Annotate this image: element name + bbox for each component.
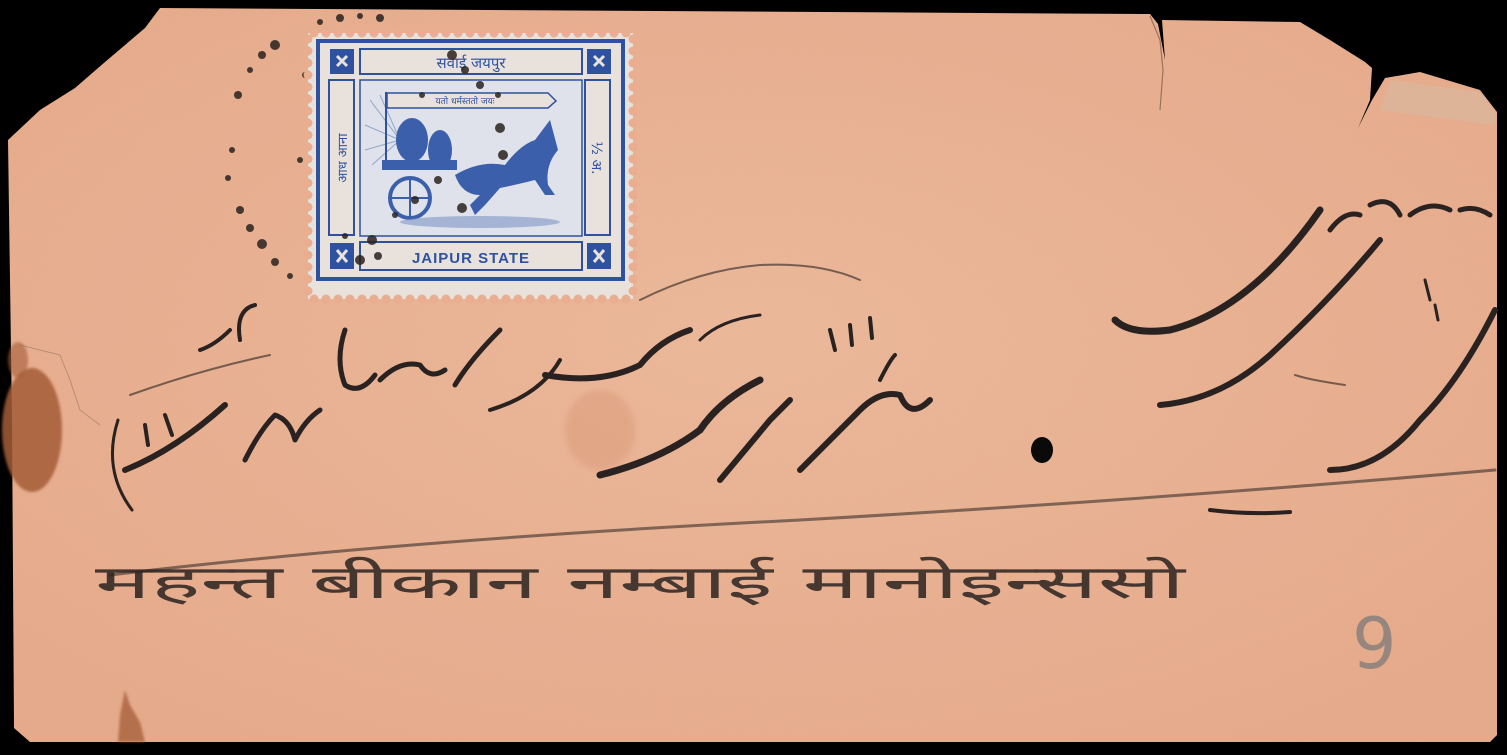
cover-photo: सवाई जयपुर JAIPUR STATE यतो धर्मस्ततो जय… <box>0 0 1507 755</box>
brown-stain <box>2 368 62 492</box>
postage-stamp: सवाई जयपुर JAIPUR STATE यतो धर्मस्ततो जय… <box>304 29 638 304</box>
stamp-top-label: सवाई जयपुर <box>437 54 507 73</box>
pencil-note: 9 <box>1352 603 1397 685</box>
stamp-left-label: आध आना <box>336 133 351 183</box>
stamp-right-value: ½ अ. <box>588 141 604 174</box>
handwritten-devanagari-address: महन्त बीकान नम्बाई मानोइन्ससो <box>95 555 1187 609</box>
stamp-bottom-label: JAIPUR STATE <box>412 250 530 267</box>
punch-hole <box>1031 437 1053 463</box>
brown-stain <box>8 342 28 378</box>
stamp-banner-text: यतो धर्मस्ततो जयः <box>435 95 494 107</box>
faint-stain <box>565 390 635 470</box>
